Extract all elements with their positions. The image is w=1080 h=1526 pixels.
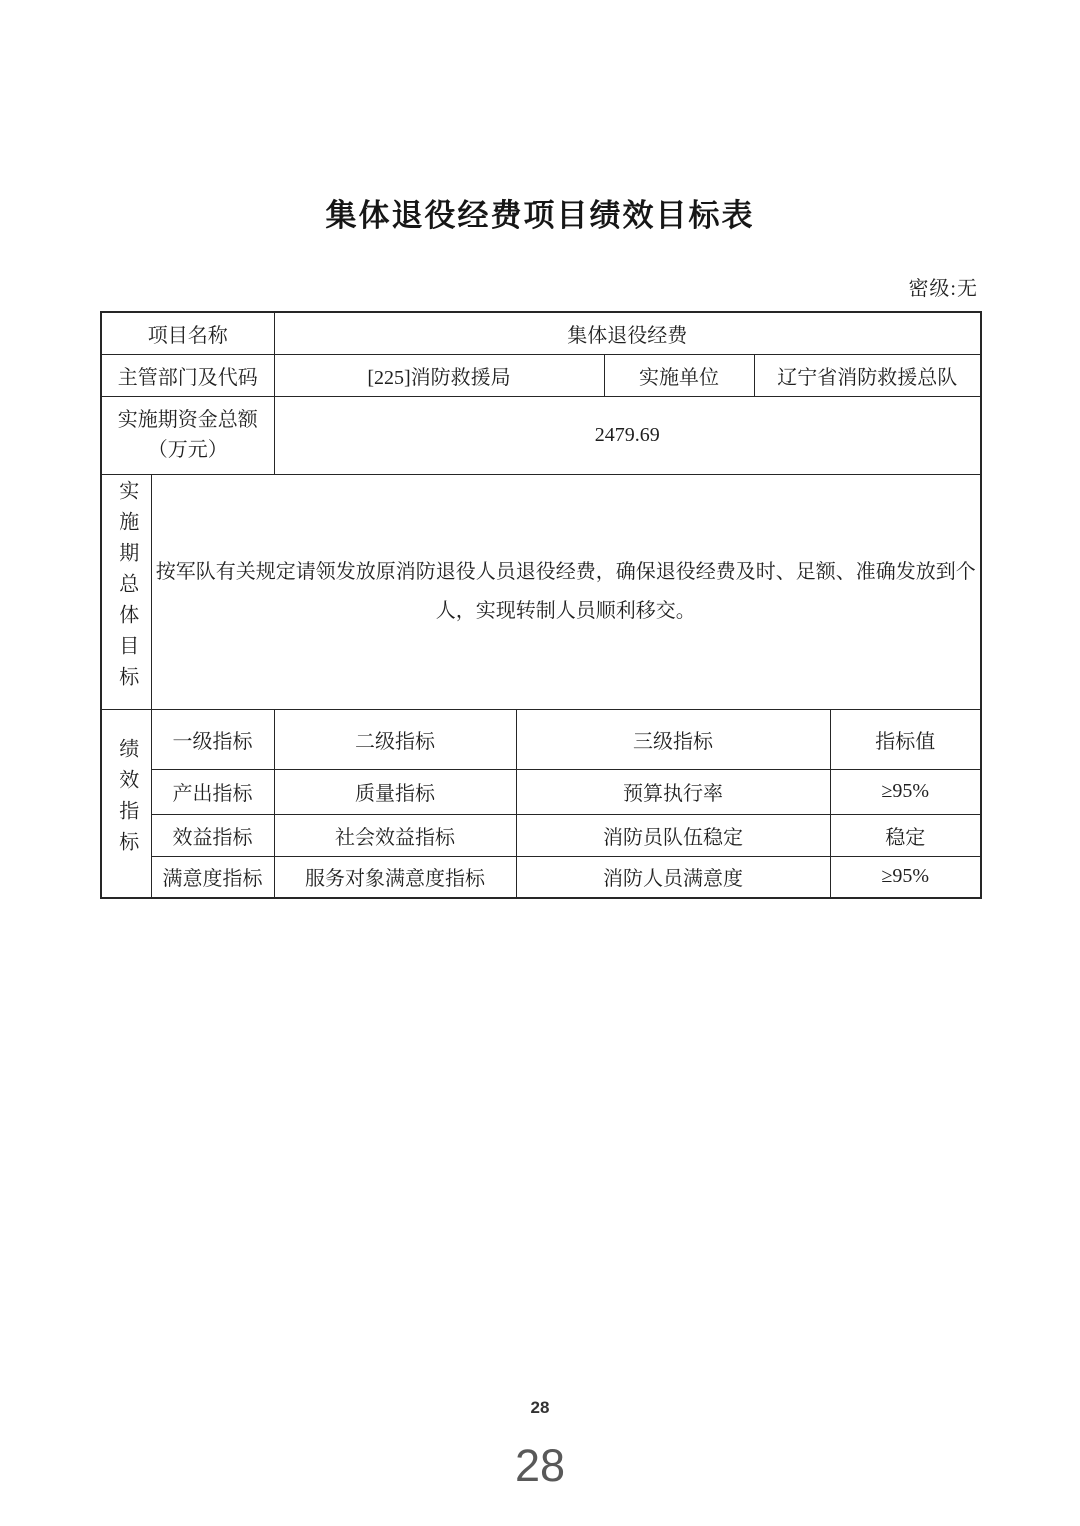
document-page: 集体退役经费项目绩效目标表 密级:无 项目名称 集体退役经费 主管部门及代码 [ [0,0,1080,1526]
indicator-header-row: 绩效指标 一级指标 二级指标 三级指标 指标值 [101,709,981,769]
implementing-unit-value: 辽宁省消防救援总队 [754,354,981,396]
project-name-label: 项目名称 [101,312,274,354]
total-funds-label-text: 实施期资金总额 （万元） [118,409,258,461]
indicator-level2: 质量指标 [274,769,516,814]
overall-goal-side-label-text: 实施期总体目标 [115,480,138,697]
indicators-side-label: 绩效指标 [101,709,151,898]
total-funds-value: 2479.69 [274,396,981,474]
viewer-page-number: 28 [0,1440,1080,1492]
indicator-value: ≥95% [830,769,981,814]
table-container: 密级:无 项目名称 集体退役经费 主管部门及代码 [225]消防救援局 实施单位 [100,272,980,899]
table-row: 主管部门及代码 [225]消防救援局 实施单位 辽宁省消防救援总队 [101,354,981,396]
indicator-level3: 消防员队伍稳定 [516,814,830,856]
indicator-level3: 消防人员满意度 [516,856,830,898]
indicator-level2: 服务对象满意度指标 [274,856,516,898]
indicator-level1: 产出指标 [151,769,274,814]
overall-goal-side-label: 实施期总体目标 [101,474,151,709]
project-name-value: 集体退役经费 [274,312,981,354]
indicators-side-label-text: 绩效指标 [115,738,138,862]
security-level-label: 密级:无 [100,272,980,301]
indicator-level3: 预算执行率 [516,769,830,814]
indicator-header-level3: 三级指标 [516,709,830,769]
table-row: 实施期资金总额 （万元） 2479.69 [101,396,981,474]
performance-target-table: 项目名称 集体退役经费 主管部门及代码 [225]消防救援局 实施单位 辽宁省消… [100,311,982,899]
indicator-row: 效益指标 社会效益指标 消防员队伍稳定 稳定 [101,814,981,856]
indicator-value: 稳定 [830,814,981,856]
page-number-footer: 28 [0,1398,1080,1418]
indicator-row: 产出指标 质量指标 预算执行率 ≥95% [101,769,981,814]
table-row: 项目名称 集体退役经费 [101,312,981,354]
indicator-value: ≥95% [830,856,981,898]
table-row: 实施期总体目标 按军队有关规定请领发放原消防退役人员退役经费，确保退役经费及时、… [101,474,981,709]
department-value: [225]消防救援局 [274,354,604,396]
indicator-level1: 效益指标 [151,814,274,856]
indicator-header-value: 指标值 [830,709,981,769]
implementing-unit-label: 实施单位 [604,354,754,396]
page-title: 集体退役经费项目绩效目标表 [0,190,1080,235]
department-label: 主管部门及代码 [101,354,274,396]
indicator-header-level2: 二级指标 [274,709,516,769]
indicator-level2: 社会效益指标 [274,814,516,856]
total-funds-label: 实施期资金总额 （万元） [101,396,274,474]
indicator-row: 满意度指标 服务对象满意度指标 消防人员满意度 ≥95% [101,856,981,898]
indicator-level1: 满意度指标 [151,856,274,898]
overall-goal-text: 按军队有关规定请领发放原消防退役人员退役经费，确保退役经费及时、足额、准确发放到… [151,474,981,709]
indicator-header-level1: 一级指标 [151,709,274,769]
